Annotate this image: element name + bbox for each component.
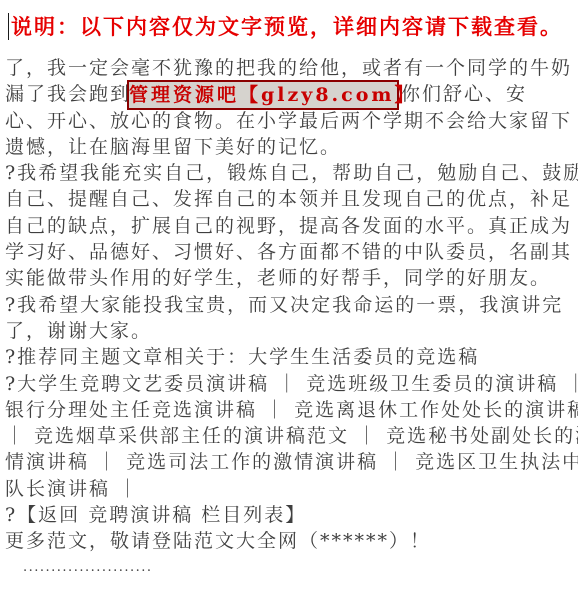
watermark-box[interactable]: 管理资源吧【glzy8.com】: [127, 80, 399, 110]
covered-line-post: 你们舒心、安: [401, 83, 527, 105]
document-preview-page: 说明：以下内容仅为文字预览，详细内容请下载查看。 管理资源吧【glzy8.com…: [0, 0, 578, 600]
text-line: ?我希望大家能投我宝贵，而又决定我命运的一票，我演讲完: [5, 292, 577, 318]
text-line: ?我希望我能充实自己，锻炼自己，帮助自己，勉励自己、鼓励: [5, 160, 577, 186]
text-line: 心、开心、放心的食物。在小学最后两个学期不会给大家留下: [5, 108, 577, 134]
text-line-related-links: 银行分理处主任竞选演讲稿 ｜ 竞选离退休工作处处长的演讲稿: [5, 397, 577, 423]
text-line-related-title: ?推荐同主题文章相关于：大学生生活委员的竞选稿: [5, 344, 577, 370]
text-line: 自己、提醒自己、发挥自己的本领并且发现自己的优点，补足: [5, 186, 577, 212]
text-line-footer: 更多范文，敬请登陆范文大全网（******）！: [5, 528, 577, 554]
text-line-related-links: ?大学生竞聘文艺委员演讲稿 ｜ 竞选班级卫生委员的演讲稿 ｜: [5, 371, 577, 397]
text-line: 实能做带头作用的好学生，老师的好帮手，同学的好朋友。: [5, 265, 577, 291]
text-line: 学习好、品德好、习惯好、各方面都不错的中队委员，名副其: [5, 239, 577, 265]
text-line-return-link: ?【返回 竞聘演讲稿 栏目列表】: [5, 502, 577, 528]
watermark-text: 管理资源吧【glzy8.com】: [129, 84, 417, 106]
covered-line-pre: 漏了我会跑到: [5, 83, 131, 105]
text-line-related-links: ｜ 竞选烟草采供部主任的演讲稿范文 ｜ 竞选秘书处副处长的激: [5, 423, 577, 449]
preview-notice-heading: 说明：以下内容仅为文字预览，详细内容请下载查看。: [11, 11, 563, 41]
text-line: 了，我一定会毫不犹豫的把我的给他，或者有一个同学的牛奶: [5, 55, 577, 81]
text-line: 遗憾，让在脑海里留下美好的记忆。: [5, 134, 577, 160]
text-line: 了，谢谢大家。: [5, 318, 577, 344]
text-cursor: [8, 13, 9, 40]
text-line-related-links: 队长演讲稿 ｜: [5, 476, 577, 502]
text-line: 自己的缺点，扩展自己的视野，提高各发面的水平。真正成为: [5, 213, 577, 239]
text-line-related-links: 情演讲稿 ｜ 竞选司法工作的激情演讲稿 ｜ 竞选区卫生执法中: [5, 449, 577, 475]
dots-line: .......................: [5, 555, 577, 581]
body-text: 了，我一定会毫不犹豫的把我的给他，或者有一个同学的牛奶 漏了我会跑到你们舒心、安…: [5, 55, 577, 581]
